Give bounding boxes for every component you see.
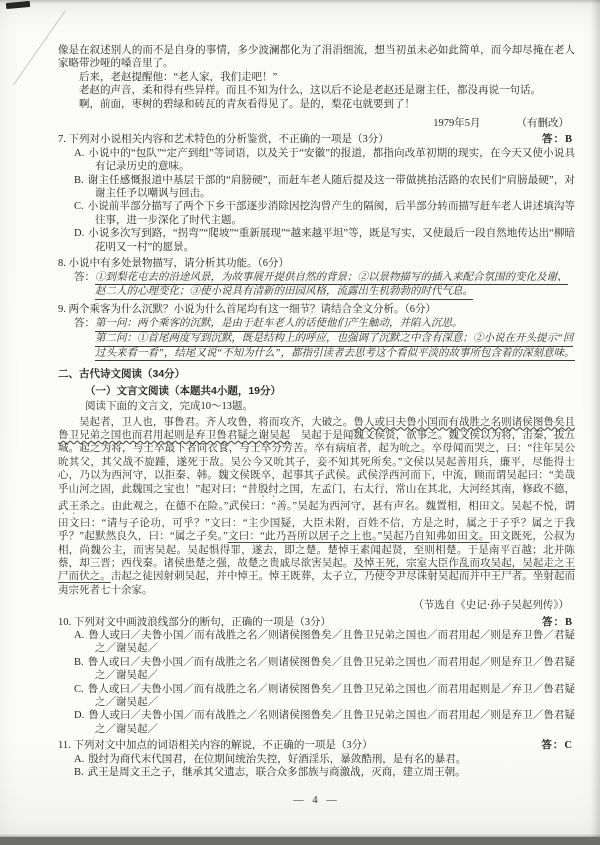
- reading-instruction: 阅读下面的文言文，完成10～13题。: [58, 400, 575, 413]
- question-11: 答：C 11. 下列对文中加点的词语相关内容的解说，不正确的一项是（3分）: [58, 739, 575, 752]
- answer-lines: ①到梨花屯去的沿途风景，为故事展开提供自然的背景；②以景物描写的插入来配合氛围的…: [95, 271, 575, 301]
- passage-dotted-term: 殷纣: [258, 484, 279, 495]
- option-text: 鲁人或曰／夫鲁小国／而有战胜之名／则诸侯图鲁矣／且鲁卫兄弟之国也／而君用起则是／…: [88, 684, 575, 708]
- answer-label: 答：: [74, 317, 95, 330]
- answer-lines: 第一问：两个乘客的沉默，是由于赶车老人的话使他们产生触动，并陷入沉思。 第二问：…: [95, 317, 575, 362]
- option-text: 小说前半部分描写了两个下乡干部逐步消除因挖沟曾产生的隔阂，后半部分转而描写赶车老…: [88, 201, 575, 225]
- option-text: 谢主任感慨报道中基层干部的“肩膀硬”，而赶车老人随后提及这一带做挑抬活路的农民们…: [88, 175, 575, 199]
- question-11-answer-mark: 答：C: [541, 739, 573, 752]
- option-text: 小说多次写到路，“拐弯”“爬坡”“重新展现”“越来越平坦”等，既是写实，又使最后…: [88, 228, 575, 252]
- page-content: 像是在叙述别人的而不是自身的事情，多少波澜都化为了涓涓细流，想当初虽未必如此简单…: [58, 44, 575, 808]
- fiction-paragraph-continued: 像是在叙述别人的而不是自身的事情，多少波澜都化为了涓涓细流，想当初虽未必如此简单…: [58, 44, 575, 71]
- fiction-date: 1979年5月: [433, 117, 480, 130]
- passage-source-citation: （节选自《史记·孙子吴起列传》）: [58, 599, 575, 612]
- right-edge-shadow: [591, 0, 600, 838]
- option-letter: A.: [74, 148, 88, 159]
- question-10-option-d: D.鲁人或曰／夫鲁小国／而有战胜之／名则诸侯图鲁矣／且鲁卫兄弟之国也／而君用起／…: [58, 709, 575, 736]
- option-text: 鲁人或曰／夫鲁小国／而有战胜之名／则诸侯图鲁矣／且鲁卫兄弟之国也／而君用起／则是…: [88, 630, 575, 654]
- question-10-option-c: C.鲁人或曰／夫鲁小国／而有战胜之名／则诸侯图鲁矣／且鲁卫兄弟之国也／而君用起则…: [58, 683, 575, 710]
- option-letter: A.: [74, 630, 88, 641]
- answer-label: 答：: [74, 271, 95, 284]
- passage-text: 击起之徒因射刺吴起，并中悼王。悼王既葬，太子立，乃使令尹尽诛射吴起而并中王尸者。…: [58, 571, 575, 595]
- option-letter: B.: [74, 657, 88, 668]
- option-text: 殷纣为商代末代国君，在位期间统治失控，好酒淫乐，暴敛酷刑，是有名的暴君。: [88, 754, 466, 765]
- question-10-stem: 10. 下列对文中画波浪线部分的断句，正确的一项是（3分）: [58, 617, 331, 628]
- question-8-stem: 8. 小说中有多处景物描写，请分析其功能。（6分）: [58, 258, 289, 269]
- question-7: 答：B 7. 下列对小说相关内容和艺术特色的分析鉴赏，不正确的一项是（3分）: [58, 133, 575, 146]
- fiction-paragraph: 老赵的声音，柔和得有些异样。而且不知为什么，这以后不论是老赵还是谢主任，都没再说…: [58, 84, 575, 97]
- option-text: 鲁人或曰／夫鲁小国／而有战胜之名／则诸侯图鲁矣／且鲁卫兄弟之国也／而君用起／则是…: [88, 657, 575, 681]
- section-2-title: 二、古代诗文阅读（34分）: [58, 368, 575, 381]
- question-10-answer-mark: 答：B: [542, 616, 573, 629]
- question-11-stem: 11. 下列对文中加点的词语相关内容的解说，不正确的一项是（3分）: [58, 740, 373, 751]
- page-number: — 4 —: [58, 794, 575, 807]
- handwritten-answer-line: 第二问：①首尾两度写到沉默，既是结构上的呼应，也强调了沉默之中含有深意；②小说在…: [95, 332, 573, 347]
- handwritten-answer-line: ①到梨花屯去的沿途风景，为故事展开提供自然的背景；②以景物描写的插入来配合氛围的…: [95, 271, 568, 286]
- question-7-answer-mark: 答：B: [542, 133, 573, 146]
- option-letter: C.: [74, 684, 88, 695]
- option-text: 武王是周文王之子，继承其父遗志，联合众多部族与商激战，灭商，建立周王朝。: [88, 767, 466, 778]
- option-letter: C.: [74, 201, 88, 212]
- passage-dotted-term: 武王: [58, 501, 79, 512]
- question-11-option-b: B.武王是周文王之子，继承其父遗志，联合众多部族与商激战，灭商，建立周王朝。: [58, 766, 575, 779]
- handwritten-answer-line: 过头来看一看”，结尾又说“不知为什么”，都指引读者去思考这个看似平淡的故事所包含…: [95, 347, 575, 362]
- question-7-option-d: D.小说多次写到路，“拐弯”“爬坡”“重新展现”“越来越平坦”等，既是写实，又使…: [58, 227, 575, 254]
- question-7-option-a: A.小说中的“包队”“定产到组”等词语，以及关于“安徽”的报道，都指向改革初期的…: [58, 147, 575, 174]
- passage-text: 吴起者，卫人也，事鲁君。齐人攻鲁，将而攻齐，大破之。: [79, 417, 353, 428]
- fiction-paragraph: 啊，前面，枣树的碧绿和砖瓦的青灰看得见了。是的，梨花屯就要到了！: [58, 98, 575, 111]
- handwritten-answer-line: 赵二人的心理变化；③使小说具有清新的田园风格，流露出生机勃勃的时代气息。: [95, 285, 473, 300]
- question-10-option-a: A.鲁人或曰／夫鲁小国／而有战胜之名／则诸侯图鲁矣／且鲁卫兄弟之国也／而君用起／…: [58, 629, 575, 656]
- handwritten-answer-line: 第一问：两个乘客的沉默，是由于赶车老人的话使他们产生触动，并陷入沉思。: [95, 317, 463, 332]
- scanned-exam-page: 像是在叙述别人的而不是自身的事情，多少波澜都化为了涓涓细流，想当初虽未必如此简单…: [0, 0, 600, 845]
- question-11-option-a: A.殷纣为商代末代国君，在位期间统治失控，好酒淫乐，暴敛酷刑，是有名的暴君。: [58, 753, 575, 766]
- question-8: 8. 小说中有多处景物描写，请分析其功能。（6分）: [58, 257, 575, 270]
- option-letter: A.: [74, 754, 88, 765]
- question-10: 答：B 10. 下列对文中画波浪线部分的断句，正确的一项是（3分）: [58, 616, 575, 629]
- passage-underlined-text: 文曰：“此乃吾所以居子之上也。”吴起乃自知弗如田文。: [228, 531, 490, 542]
- question-9-answer: 答： 第一问：两个乘客的沉默，是由于赶车老人的话使他们产生触动，并陷入沉思。 第…: [58, 317, 575, 362]
- option-letter: D.: [74, 228, 88, 239]
- top-edge-shadow: [0, 0, 600, 4]
- option-letter: B.: [74, 767, 88, 778]
- fiction-dialogue-line: 后来，老赵提醒他：“老人家，我们走吧！”: [58, 71, 575, 84]
- question-7-stem: 7. 下列对小说相关内容和艺术特色的分析鉴赏，不正确的一项是（3分）: [58, 134, 389, 145]
- option-letter: B.: [74, 175, 88, 186]
- question-7-option-c: C.小说前半部分描写了两个下乡干部逐步消除因挖沟曾产生的隔阂，后半部分转而描写赶…: [58, 200, 575, 227]
- question-8-answer: 答： ①到梨花屯去的沿途风景，为故事展开提供自然的背景；②以景物描写的插入来配合…: [58, 271, 575, 301]
- passage-text: 之国，左孟门，右太行，常山在其北，大河经其南，修政不德，: [279, 484, 575, 495]
- option-letter: D.: [74, 710, 88, 721]
- question-9: 9. 两个乘客为什么沉默？小说为什么首尾均有这一细节？请结合全文分析。（6分）: [58, 303, 575, 316]
- option-text: 鲁人或曰／夫鲁小国／而有战胜之／名则诸侯图鲁矣／且鲁卫兄弟之国也／而君用起／则是…: [88, 710, 575, 734]
- classical-passage: 吴起者，卫人也，事鲁君。齐人攻鲁，将而攻齐，大破之。鲁人或曰夫鲁小国而有战胜之名…: [58, 416, 575, 597]
- option-text: 小说中的“包队”“定产到组”等词语，以及关于“安徽”的报道，都指向改革初期的现实…: [88, 148, 575, 172]
- question-9-stem: 9. 两个乘客为什么沉默？小说为什么首尾均有这一细节？请结合全文分析。（6分）: [58, 304, 436, 315]
- fiction-dateline: 1979年5月 （有删改）: [58, 117, 575, 130]
- fiction-edit-note: （有删改）: [517, 117, 570, 130]
- question-10-option-b: B.鲁人或曰／夫鲁小国／而有战胜之名／则诸侯图鲁矣／且鲁卫兄弟之国也／而君用起／…: [58, 656, 575, 683]
- scanner-background-band: [0, 837, 600, 845]
- question-7-option-b: B.谢主任感慨报道中基层干部的“肩膀硬”，而赶车老人随后提及这一带做挑抬活路的农…: [58, 174, 575, 201]
- section-2-subtitle: （一）文言文阅读（本题共4小题，19分）: [58, 385, 575, 398]
